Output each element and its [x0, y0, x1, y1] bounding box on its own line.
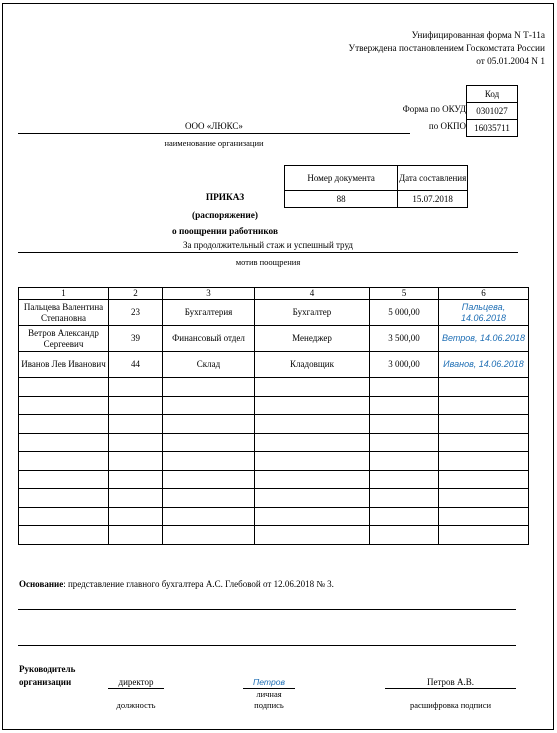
doc-number-value: 88	[285, 191, 398, 208]
empty-cell[interactable]	[163, 433, 255, 452]
empty-cell[interactable]	[163, 378, 255, 397]
column-header-1: 1	[19, 288, 109, 300]
empty-cell[interactable]	[439, 396, 529, 415]
cell-position: Бухгалтер	[255, 300, 370, 326]
empty-cell[interactable]	[439, 452, 529, 471]
empty-cell[interactable]	[109, 526, 163, 545]
document-info-table: Номер документа Дата составления 88 15.0…	[284, 165, 468, 208]
empty-cell[interactable]	[163, 470, 255, 489]
empty-cell[interactable]	[370, 415, 439, 434]
organization-caption: наименование организации	[18, 138, 410, 148]
cell-tab-no: 44	[109, 352, 163, 378]
okud-label: Форма по ОКУД	[403, 104, 466, 114]
column-header-2: 2	[109, 288, 163, 300]
empty-cell[interactable]	[370, 396, 439, 415]
empty-cell[interactable]	[19, 470, 109, 489]
head-label-1: Руководитель	[19, 664, 75, 674]
position-rule	[108, 688, 164, 689]
cell-signature: Ветров, 14.06.2018	[439, 326, 529, 352]
cell-name: Пальцева Валентина Степановна	[19, 300, 109, 326]
signature-caption-1: личная	[243, 689, 295, 699]
empty-cell[interactable]	[109, 452, 163, 471]
empty-cell[interactable]	[19, 526, 109, 545]
empty-cell[interactable]	[255, 415, 370, 434]
organization-rule	[18, 133, 410, 134]
position-value: директор	[108, 677, 164, 687]
empty-cell[interactable]	[439, 470, 529, 489]
table-row: Иванов Лев Иванович44СкладКладовщик3 000…	[19, 352, 529, 378]
empty-cell[interactable]	[163, 396, 255, 415]
empty-cell[interactable]	[255, 507, 370, 526]
empty-cell[interactable]	[19, 396, 109, 415]
empty-cell[interactable]	[255, 470, 370, 489]
empty-cell[interactable]	[19, 415, 109, 434]
empty-cell[interactable]	[370, 507, 439, 526]
approval-text: Утверждена постановлением Госкомстата Ро…	[349, 44, 546, 54]
basis-line: Основание: представление главного бухгал…	[19, 579, 334, 589]
empty-cell[interactable]	[439, 378, 529, 397]
empty-cell[interactable]	[370, 378, 439, 397]
approval-date: от 05.01.2004 N 1	[476, 57, 545, 67]
order-subtitle: (распоряжение)	[160, 211, 290, 221]
okpo-label: по ОКПО	[429, 121, 466, 131]
empty-cell[interactable]	[370, 526, 439, 545]
name-rule	[385, 688, 516, 689]
empty-cell[interactable]	[439, 433, 529, 452]
empty-cell[interactable]	[255, 489, 370, 508]
cell-department: Склад	[163, 352, 255, 378]
motive-rule	[18, 252, 518, 253]
table-row-empty	[19, 526, 529, 545]
cell-signature: Пальцева, 14.06.2018	[439, 300, 529, 326]
cell-department: Финансовый отдел	[163, 326, 255, 352]
head-label-2: организации	[19, 677, 71, 687]
form-name: Унифицированная форма N Т-11а	[412, 31, 545, 41]
empty-cell[interactable]	[109, 433, 163, 452]
empty-cell[interactable]	[255, 378, 370, 397]
column-header-4: 4	[255, 288, 370, 300]
empty-cell[interactable]	[109, 415, 163, 434]
order-title: ПРИКАЗ	[160, 193, 290, 203]
empty-cell[interactable]	[370, 433, 439, 452]
basis-label: Основание	[19, 579, 63, 589]
empty-cell[interactable]	[163, 452, 255, 471]
basis-text: : представление главного бухгалтера А.С.…	[63, 579, 334, 589]
table-row: Ветров Александр Сергеевич39Финансовый о…	[19, 326, 529, 352]
empty-cell[interactable]	[109, 507, 163, 526]
signature-value: Петров	[243, 677, 295, 687]
name-caption: расшифровка подписи	[385, 700, 516, 710]
okpo-value: 16035711	[467, 120, 518, 137]
table-row-empty	[19, 452, 529, 471]
empty-cell[interactable]	[19, 433, 109, 452]
table-row: Пальцева Валентина Степановна23Бухгалтер…	[19, 300, 529, 326]
table-row-empty	[19, 507, 529, 526]
cell-amount: 5 000,00	[370, 300, 439, 326]
cell-position: Кладовщик	[255, 352, 370, 378]
name-value: Петров А.В.	[385, 677, 516, 687]
table-row-empty	[19, 470, 529, 489]
table-header-row: 123456	[19, 288, 529, 300]
basis-rule-1	[18, 609, 516, 610]
cell-name: Иванов Лев Иванович	[19, 352, 109, 378]
doc-date-value: 15.07.2018	[398, 191, 468, 208]
empty-cell[interactable]	[109, 396, 163, 415]
motive-value: За продолжительный стаж и успешный труд	[18, 240, 518, 250]
table-row-empty	[19, 489, 529, 508]
empty-cell[interactable]	[255, 526, 370, 545]
empty-cell[interactable]	[109, 378, 163, 397]
empty-cell[interactable]	[19, 378, 109, 397]
table-row-empty	[19, 415, 529, 434]
empty-cell[interactable]	[163, 489, 255, 508]
organization-name: ООО «ЛЮКС»	[18, 121, 410, 131]
empty-cell[interactable]	[255, 433, 370, 452]
basis-rule-2	[18, 645, 516, 646]
cell-department: Бухгалтерия	[163, 300, 255, 326]
table-row-empty	[19, 396, 529, 415]
empty-cell[interactable]	[255, 396, 370, 415]
empty-cell[interactable]	[19, 452, 109, 471]
codes-header: Код	[467, 86, 518, 103]
cell-position: Менеджер	[255, 326, 370, 352]
empty-cell[interactable]	[109, 470, 163, 489]
position-caption: должность	[100, 700, 172, 710]
table-row-empty	[19, 433, 529, 452]
empty-cell[interactable]	[163, 415, 255, 434]
cell-signature: Иванов, 14.06.2018	[439, 352, 529, 378]
codes-table: Код 0301027 16035711	[466, 85, 518, 137]
empty-cell[interactable]	[370, 452, 439, 471]
cell-tab-no: 39	[109, 326, 163, 352]
employees-table: 123456 Пальцева Валентина Степановна23Бу…	[18, 287, 529, 545]
table-row-empty	[19, 378, 529, 397]
order-subject: о поощрении работников	[140, 227, 310, 237]
empty-cell[interactable]	[163, 507, 255, 526]
cell-name: Ветров Александр Сергеевич	[19, 326, 109, 352]
empty-cell[interactable]	[439, 489, 529, 508]
column-header-3: 3	[163, 288, 255, 300]
motive-caption: мотив поощрения	[18, 257, 518, 267]
empty-cell[interactable]	[439, 415, 529, 434]
column-header-6: 6	[439, 288, 529, 300]
cell-amount: 3 000,00	[370, 352, 439, 378]
empty-cell[interactable]	[255, 452, 370, 471]
column-header-5: 5	[370, 288, 439, 300]
empty-cell[interactable]	[439, 526, 529, 545]
empty-cell[interactable]	[163, 526, 255, 545]
empty-cell[interactable]	[370, 470, 439, 489]
empty-cell[interactable]	[19, 507, 109, 526]
cell-amount: 3 500,00	[370, 326, 439, 352]
okud-value: 0301027	[467, 103, 518, 120]
empty-cell[interactable]	[370, 489, 439, 508]
empty-cell[interactable]	[439, 507, 529, 526]
empty-cell[interactable]	[109, 489, 163, 508]
cell-tab-no: 23	[109, 300, 163, 326]
doc-number-header: Номер документа	[285, 166, 398, 191]
empty-cell[interactable]	[19, 489, 109, 508]
doc-date-header: Дата составления	[398, 166, 468, 191]
signature-caption-2: подпись	[243, 700, 295, 710]
